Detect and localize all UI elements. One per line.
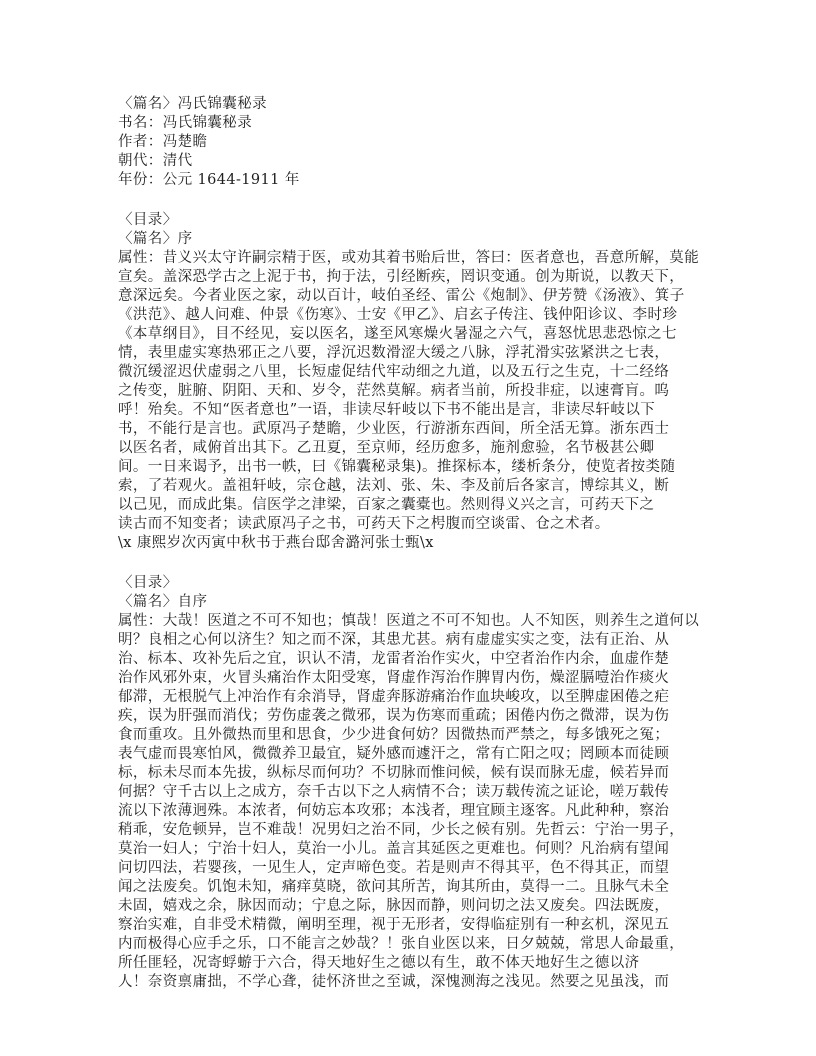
blank-line [118, 190, 730, 211]
text-line: 以己见，而成此集。信医学之津梁，百家之囊橐也。然则得义兴之言，可药天下之 [118, 496, 730, 515]
text-line: 所任匪轻，况寄蜉蝣于六合，得天地好生之德以有生，敢不体天地好生之德以济 [118, 954, 730, 973]
text-line: 微沉缓涩迟伏虚弱之八里，长短虚促结代牢动细之九道，以及五行之生克，十二经络 [118, 363, 730, 382]
text-line: 属性：昔义兴太守许嗣宗精于医，或劝其着书贻后世，答曰：医者意也，吾意所解，莫能 [118, 249, 730, 268]
text-line: 索，了若观火。盖祖轩岐，宗仓越，法刘、张、朱、李及前后各家言，博综其义，断 [118, 477, 730, 496]
text-line: 表气虚而畏寒怕风，微微养卫最宜，疑外感而遽汗之，常有亡阳之叹；罔顾本而徒顾 [118, 745, 730, 764]
section-title-tag: 〈篇名〉序 [118, 230, 730, 249]
text-line: 何据？守千古以上之成方，奈千古以下之人病情不合；读万载传流之证论，嗟万载传 [118, 783, 730, 802]
text-line: 治、标本、攻补先后之宜，识认不清，龙雷者治作实火，中空者治作内余，血虚作楚 [118, 650, 730, 669]
text-line: 读古而不知变者；读武原冯子之书，可药天下之枵腹而空谈雷、仓之术者。 [118, 515, 730, 534]
doc-title-tag: 〈篇名〉冯氏锦囊秘录 [118, 95, 730, 114]
text-line: 意深远矣。今者业医之家，动以百计，岐伯圣经、雷公《炮制》、伊芳赞《汤液》、箕子 [118, 287, 730, 306]
text-line: 《洪范》、越人问难、仲景《伤寒》、士安《甲乙》、启玄子传注、钱仲阳诊议、李时珍 [118, 306, 730, 325]
text-line: 书，不能行是言也。武原冯子楚瞻，少业医，行游浙东西间，所全活无算。浙东西士 [118, 420, 730, 439]
document-content: 〈篇名〉冯氏锦囊秘录 书名：冯氏锦囊秘录 作者：冯楚瞻 朝代：清代 年份：公元 … [118, 95, 730, 992]
section-title-tag: 〈篇名〉自序 [118, 593, 730, 612]
text-line: 食而重攻。且外微热而里和思食，少少进食何妨？因微热而严禁之，每多饿死之冤； [118, 726, 730, 745]
text-line: 《本草纲目》，目不经见，妄以医名，遂至风寒燥火暑湿之六气，喜怒忧思悲恐惊之七 [118, 325, 730, 344]
text-line: 闻之法废矣。饥饱未知，痛痒莫晓，欲问其所苦，询其所由，莫得一二。且脉气未全 [118, 878, 730, 897]
doc-author: 作者：冯楚瞻 [118, 133, 730, 152]
text-line: 标，标未尽而本先拔，纵标尽而何功？不切脉而惟问候，候有误而脉无虚，候若异而 [118, 764, 730, 783]
text-line: 察治实难，自非受术精微，阐明至理，视于无形者，安得临症别有一种玄机，深见五 [118, 916, 730, 935]
sections-container: 〈目录〉〈篇名〉序属性：昔义兴太守许嗣宗精于医，或劝其着书贻后世，答曰：医者意也… [118, 190, 730, 992]
text-line: 间。一日来谒予，出书一帙，曰《锦囊秘录集)。推探标本，缕析条分，使览者按类随 [118, 458, 730, 477]
text-line: 稍乖，安危顿异，岂不难哉！况男妇之治不同，少长之候有别。先哲云：宁治一男子， [118, 821, 730, 840]
blank-line [118, 553, 730, 574]
text-line: 治作风邪外束，火冒头痛治作太阳受寒，肾虚作泻治作脾胃内伤，燥涩膈噎治作痰火 [118, 669, 730, 688]
toc-tag: 〈目录〉 [118, 574, 730, 593]
text-line: 之传变，脏腑、阴阳、天和、岁令，茫然莫解。病者当前，所投非症，以速膏肓。呜 [118, 382, 730, 401]
text-line: 宣矣。盖深恐学古之上泥于书，拘于法，引经断疾，罔识变通。创为斯说，以教天下， [118, 268, 730, 287]
text-line: 疾，误为肝强而消伐；劳伤虚袭之微邪，误为伤寒而重疏；困倦内伤之微滞，误为伤 [118, 707, 730, 726]
text-line: 莫治一妇人；宁治十妇人，莫治一小儿。盖言其延医之更难也。何则？凡治病有望闻 [118, 840, 730, 859]
text-line: \x 康熙岁次丙寅中秋书于燕台邸舍潞河张士甄\x [118, 534, 730, 553]
text-line: 郁滞，无根脱气上冲治作有余消导，肾虚奔豚游痛治作血块峻攻，以至脾虚困倦之疟 [118, 688, 730, 707]
text-line: 属性：大哉！医道之不可不知也；慎哉！医道之不可不知也。人不知医，则养生之道何以 [118, 612, 730, 631]
text-line: 明？良相之心何以济生？知之而不深，其患尤甚。病有虚虚实实之变，法有正治、从 [118, 631, 730, 650]
text-line: 未固，嬉戏之余，脉因而动；宁息之际，脉因而静，则问切之法又废矣。四法既废， [118, 897, 730, 916]
text-line: 问切四法，若婴孩，一见生人，定声啼色变。若是则声不得其平，色不得其正，而望 [118, 859, 730, 878]
text-line: 内而极得心应手之乐，口不能言之妙哉？！张自业医以来，日夕兢兢，常思人命最重， [118, 935, 730, 954]
text-line: 呼！殆矣。不知“医者意也”一语，非读尽轩岐以下书不能出是言，非读尽轩岐以下 [118, 401, 730, 420]
doc-book-name: 书名：冯氏锦囊秘录 [118, 114, 730, 133]
doc-year: 年份：公元 1644-1911 年 [118, 171, 730, 190]
toc-tag: 〈目录〉 [118, 211, 730, 230]
text-line: 人！奈资禀庸拙，不学心聋，徒怀济世之至诚，深愧测海之浅见。然要之见虽浅，而 [118, 973, 730, 992]
doc-dynasty: 朝代：清代 [118, 152, 730, 171]
text-line: 以医名者，咸俯首出其下。乙丑夏，至京师，经历愈多，施剂愈验，名节极甚公卿 [118, 439, 730, 458]
text-line: 流以下浓薄迥殊。本浓者，何妨忘本攻邪；本浅者，理宜顾主逐客。凡此种种，察治 [118, 802, 730, 821]
document-page: 〈篇名〉冯氏锦囊秘录 书名：冯氏锦囊秘录 作者：冯楚瞻 朝代：清代 年份：公元 … [0, 0, 816, 1056]
text-line: 情，表里虚实寒热邪正之八要，浮沉迟数滑涩大缓之八脉，浮芤滑实弦紧洪之七表， [118, 344, 730, 363]
